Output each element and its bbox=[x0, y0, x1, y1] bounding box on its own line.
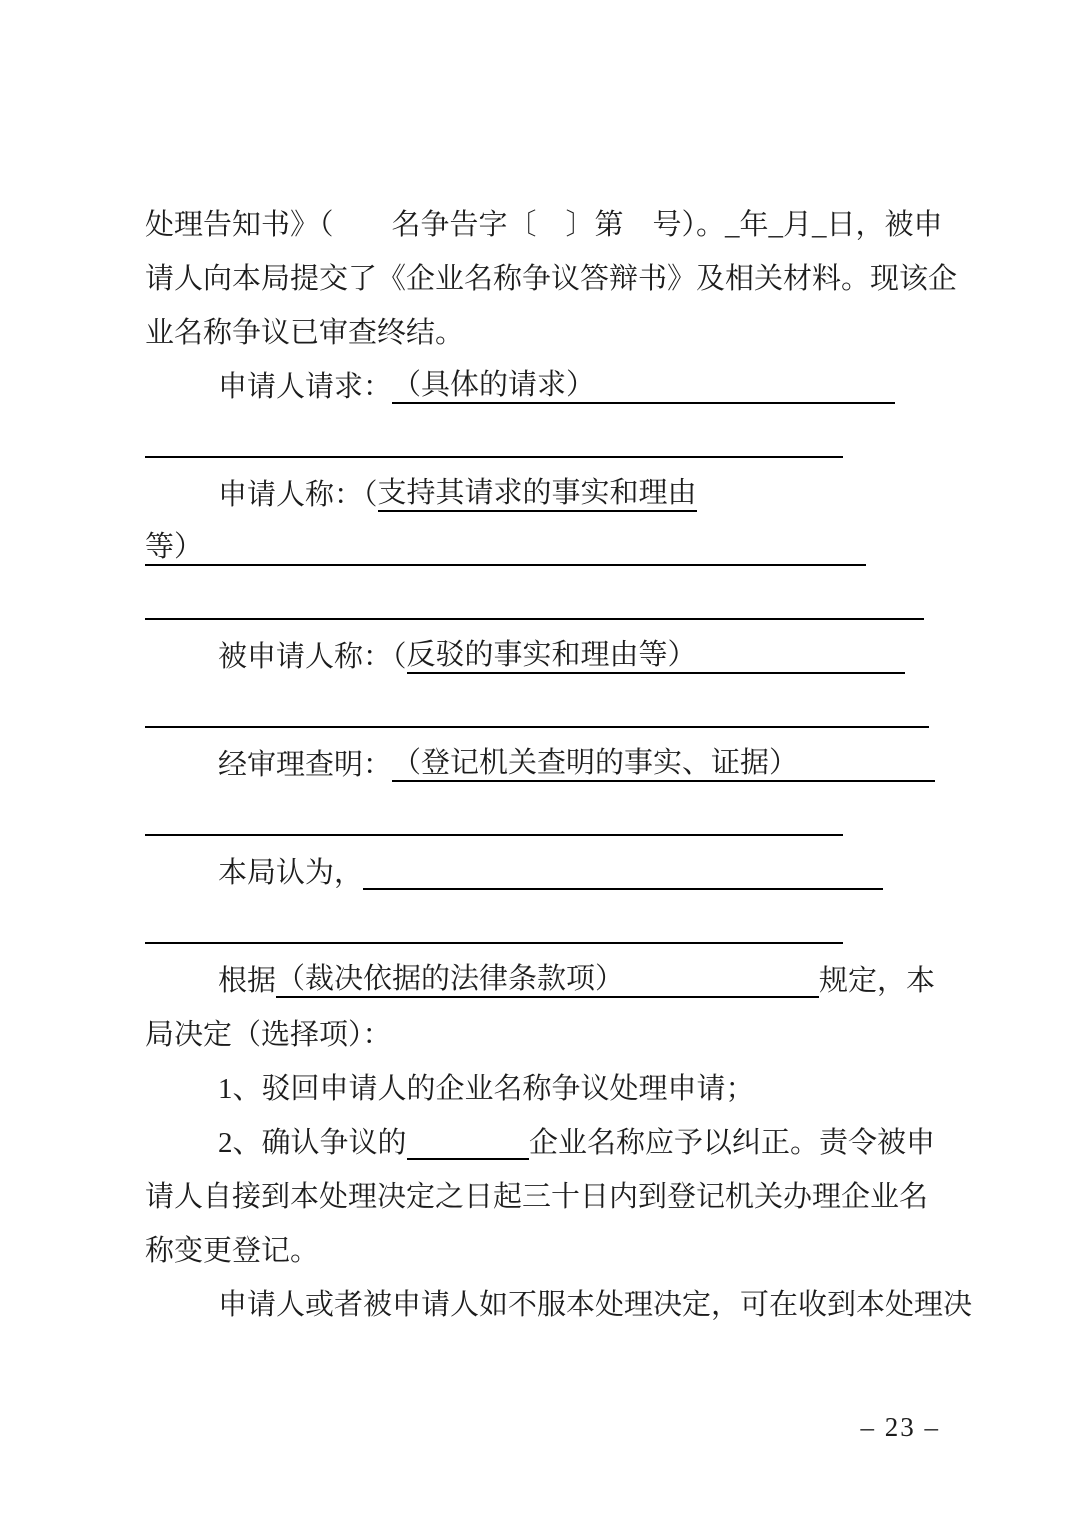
blank-underline-fill bbox=[798, 746, 935, 782]
blank-underline-fill bbox=[203, 530, 866, 566]
doc-line-1: 处理告知书》（ 名争告字〔 〕第 号）。_年_月_日，被申 bbox=[145, 192, 935, 246]
blank-underline-fill bbox=[624, 962, 819, 998]
blank-underline-fill bbox=[595, 368, 895, 404]
document-body: 处理告知书》（ 名争告字〔 〕第 号）。_年_月_日，被申 请人向本局提交了《企… bbox=[145, 192, 935, 1326]
blank-underline-fill bbox=[145, 422, 843, 458]
doc-line-blank-underline-2 bbox=[145, 570, 935, 624]
field-placeholder-underlined: 等） bbox=[145, 530, 203, 566]
line-text: 1、驳回申请人的企业名称争议处理申请； bbox=[218, 1072, 755, 1106]
doc-line-option-2-continued: 请人自接到本处理决定之日起三十日内到登记机关办理企业名 bbox=[145, 1164, 935, 1218]
blank-underline-fill bbox=[697, 638, 905, 674]
field-placeholder-underlined: （登记机关查明的事实、证据） bbox=[392, 746, 798, 782]
blank-underline-fill bbox=[145, 692, 929, 728]
blank-underline-fill bbox=[407, 1124, 529, 1160]
doc-line-blank-underline-4 bbox=[145, 786, 935, 840]
line-text: 称变更登记。 bbox=[145, 1234, 319, 1268]
field-label: 本局认为， bbox=[218, 856, 363, 890]
field-label: 被申请人称：（ bbox=[218, 640, 407, 674]
blank-underline-fill bbox=[363, 854, 883, 890]
line-text: 处理告知书》（ 名争告字〔 〕第 号）。_年_月_日，被申 bbox=[145, 208, 943, 242]
doc-line-applicant-request: 申请人请求： （具体的请求） bbox=[145, 354, 935, 408]
doc-line-blank-underline-3 bbox=[145, 678, 935, 732]
doc-line-applicant-claim: 申请人称：（ 支持其请求的事实和理由 bbox=[145, 462, 935, 516]
document-page: 处理告知书》（ 名争告字〔 〕第 号）。_年_月_日，被申 请人向本局提交了《企… bbox=[0, 0, 1075, 1520]
doc-line-respondent-claim: 被申请人称：（ 反驳的事实和理由等） bbox=[145, 624, 935, 678]
line-tail-text: 企业名称应予以纠正。责令被申 bbox=[529, 1126, 935, 1160]
line-text: 业名称争议已审查终结。 bbox=[145, 316, 464, 350]
field-label: 申请人称：（ bbox=[218, 478, 378, 512]
doc-line-option-2: 2、确认争议的 企业名称应予以纠正。责令被申 bbox=[145, 1110, 935, 1164]
doc-line-option-2-end: 称变更登记。 bbox=[145, 1218, 935, 1272]
line-tail-text: 规定，本 bbox=[819, 964, 935, 998]
field-placeholder-underlined: 反驳的事实和理由等） bbox=[407, 638, 697, 674]
doc-line-claim-continued: 等） bbox=[145, 516, 935, 570]
line-text: 局决定（选择项）： bbox=[145, 1018, 392, 1052]
blank-underline-fill bbox=[145, 584, 924, 620]
doc-line-bureau-opinion: 本局认为， bbox=[145, 840, 935, 894]
doc-line-2: 请人向本局提交了《企业名称争议答辩书》及相关材料。现该企 bbox=[145, 246, 935, 300]
blank-underline-fill bbox=[145, 908, 843, 944]
line-text: 请人自接到本处理决定之日起三十日内到登记机关办理企业名 bbox=[145, 1180, 928, 1214]
field-label: 根据 bbox=[218, 964, 276, 998]
field-label: 2、确认争议的 bbox=[218, 1126, 407, 1160]
blank-underline-fill bbox=[145, 800, 843, 836]
field-placeholder-underlined: 支持其请求的事实和理由 bbox=[378, 476, 697, 512]
doc-line-blank-underline-1 bbox=[145, 408, 935, 462]
doc-line-findings: 经审理查明： （登记机关查明的事实、证据） bbox=[145, 732, 935, 786]
doc-line-appeal-notice: 申请人或者被申请人如不服本处理决定，可在收到本处理决 bbox=[145, 1272, 935, 1326]
doc-line-option-1: 1、驳回申请人的企业名称争议处理申请； bbox=[145, 1056, 935, 1110]
doc-line-blank-underline-5 bbox=[145, 894, 935, 948]
field-placeholder-underlined: （裁决依据的法律条款项） bbox=[276, 962, 624, 998]
field-label: 申请人请求： bbox=[218, 370, 392, 404]
field-placeholder-underlined: （具体的请求） bbox=[392, 368, 595, 404]
field-label: 经审理查明： bbox=[218, 748, 392, 782]
doc-line-legal-basis: 根据 （裁决依据的法律条款项） 规定，本 bbox=[145, 948, 935, 1002]
line-text: 请人向本局提交了《企业名称争议答辩书》及相关材料。现该企 bbox=[145, 262, 957, 296]
doc-line-decision-intro: 局决定（选择项）： bbox=[145, 1002, 935, 1056]
page-number: – 23 – bbox=[861, 1412, 941, 1443]
line-text: 申请人或者被申请人如不服本处理决定，可在收到本处理决 bbox=[218, 1288, 972, 1322]
doc-line-3: 业名称争议已审查终结。 bbox=[145, 300, 935, 354]
